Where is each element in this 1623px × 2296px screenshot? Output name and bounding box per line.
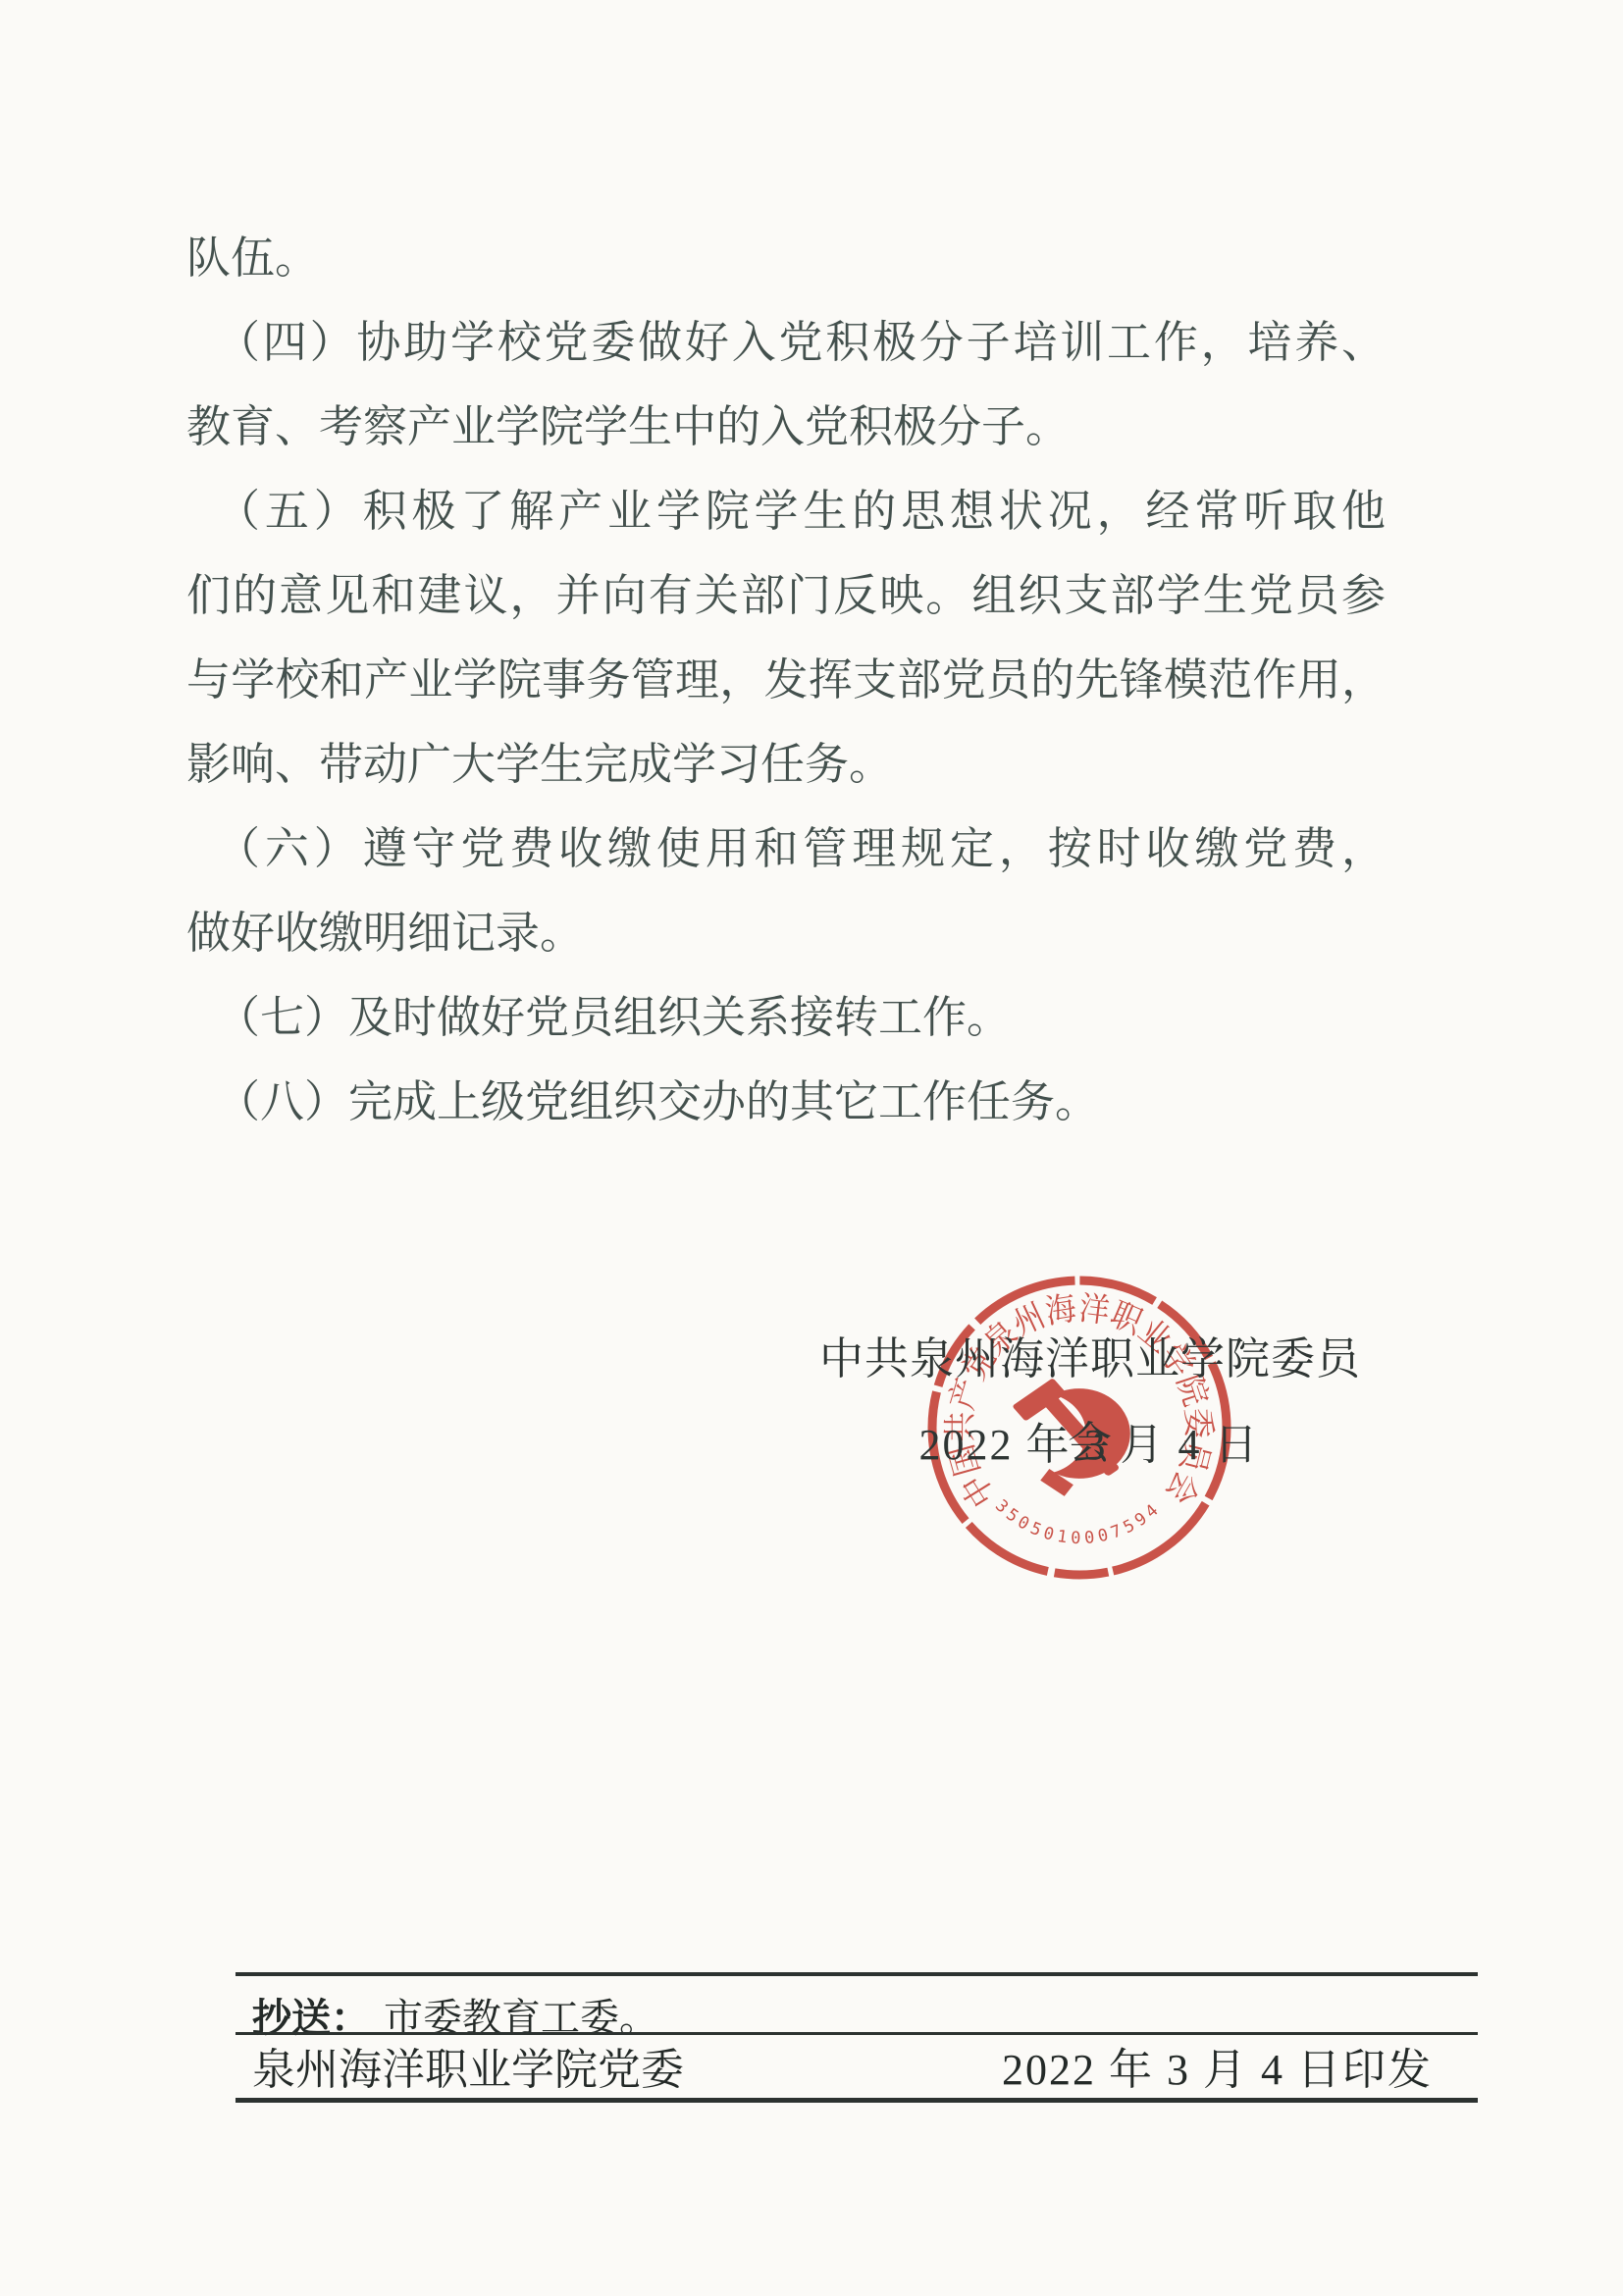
body-line: 队伍。 bbox=[186, 216, 1386, 300]
svg-text:3505010007594: 3505010007594 bbox=[991, 1496, 1165, 1548]
body-line: （四）协助学校党委做好入党积极分子培训工作，培养、 bbox=[186, 300, 1386, 385]
print-date: 2022 年 3 月 4 日印发 bbox=[1002, 2047, 1433, 2094]
footer-divider-middle bbox=[236, 2032, 1478, 2035]
body-line: 做好收缴明细记录。 bbox=[186, 891, 1386, 975]
footer-divider-top bbox=[236, 1972, 1478, 1976]
signature-org: 中共泉州海洋职业学院委员会 bbox=[811, 1317, 1370, 1401]
seal-serial-text: 3505010007594 bbox=[991, 1496, 1165, 1548]
body-line: （六）遵守党费收缴使用和管理规定，按时收缴党费， bbox=[186, 807, 1386, 891]
footer-divider-bottom bbox=[236, 2098, 1478, 2103]
body-line: （八）完成上级党组织交办的其它工作任务。 bbox=[186, 1060, 1386, 1144]
signature-date: 2022 年 3 月 4 日 bbox=[864, 1403, 1315, 1487]
document-page: 队伍。（四）协助学校党委做好入党积极分子培训工作，培养、教育、考察产业学院学生中… bbox=[0, 0, 1623, 2296]
body-line: 影响、带动广大学生完成学习任务。 bbox=[186, 722, 1386, 807]
issuer-row: 泉州海洋职业学院党委 2022 年 3 月 4 日印发 bbox=[236, 2047, 1433, 2094]
body-line: （五）积极了解产业学院学生的思想状况，经常听取他 bbox=[186, 469, 1386, 553]
issuer-name: 泉州海洋职业学院党委 bbox=[236, 2047, 684, 2094]
body-line: 与学校和产业学院事务管理，发挥支部党员的先锋模范作用， bbox=[186, 638, 1386, 722]
document-body: 队伍。（四）协助学校党委做好入党积极分子培训工作，培养、教育、考察产业学院学生中… bbox=[186, 216, 1386, 1144]
body-line: 教育、考察产业学院学生中的入党积极分子。 bbox=[186, 385, 1386, 469]
body-line: （七）及时做好党员组织关系接转工作。 bbox=[186, 975, 1386, 1060]
body-line: 们的意见和建议，并向有关部门反映。组织支部学生党员参 bbox=[186, 553, 1386, 638]
